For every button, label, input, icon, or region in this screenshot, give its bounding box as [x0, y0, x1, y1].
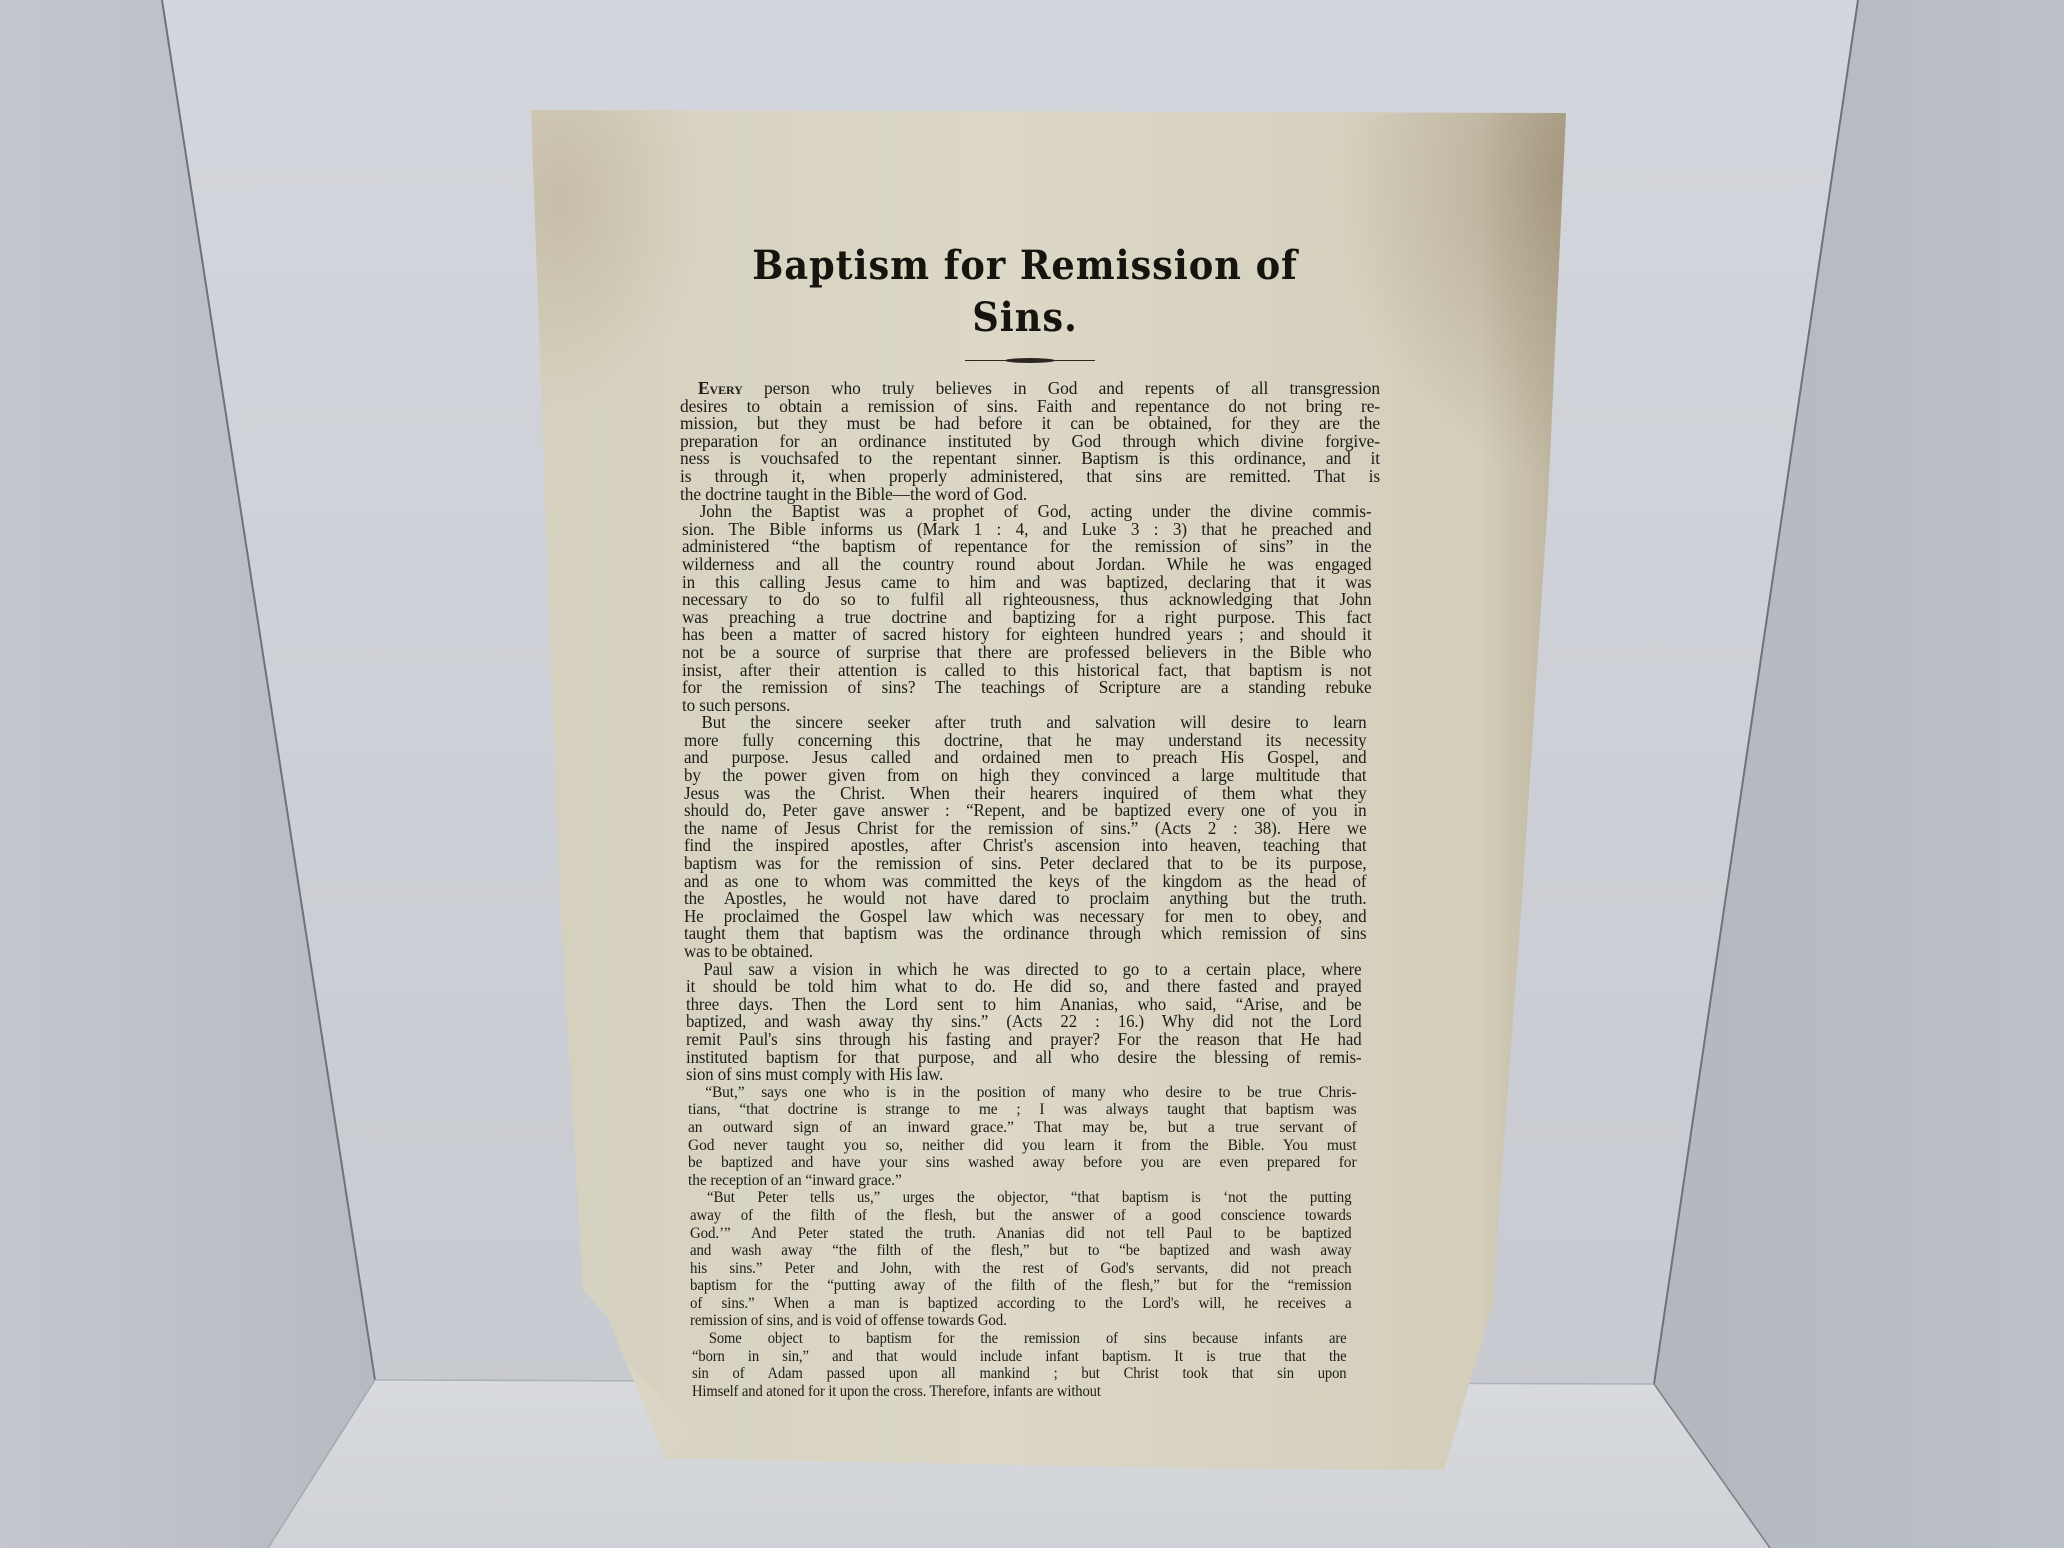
text-line: baptism for the “putting away of the fil… — [690, 1277, 1352, 1295]
paragraph: But the sincere seeker after truth and s… — [684, 714, 1367, 960]
text-line: be baptized and have your sins washed aw… — [688, 1154, 1357, 1172]
paragraph: Paul saw a vision in which he was direct… — [686, 961, 1362, 1084]
text-line: remission of sins, and is void of offens… — [690, 1312, 1352, 1330]
text-line: Some object to baptism for the remission… — [692, 1330, 1347, 1348]
paragraph: “But Peter tells us,” urges the objector… — [690, 1189, 1352, 1330]
text-line: Paul saw a vision in which he was direct… — [686, 961, 1362, 979]
text-line: away of the filth of the flesh, but the … — [690, 1207, 1352, 1225]
text-line: is through it, when properly administere… — [680, 468, 1380, 486]
paragraph: Every person who truly believes in God a… — [680, 380, 1380, 503]
document-title: Baptism for Remission of Sins. — [703, 240, 1347, 344]
text-line: God.’” And Peter stated the truth. Anani… — [690, 1225, 1352, 1243]
text-line: for the remission of sins? The teachings… — [682, 679, 1372, 697]
text-line: should do, Peter gave answer : “Repent, … — [684, 802, 1367, 820]
text-line: of sins.” When a man is baptized accordi… — [690, 1295, 1352, 1313]
text-line: the Apostles, he would not have dared to… — [684, 890, 1367, 908]
text-line: God never taught you so, neither did you… — [688, 1137, 1357, 1155]
text-line: the reception of an “inward grace.” — [688, 1172, 1357, 1190]
document-content: Baptism for Remission of Sins. Every per… — [680, 240, 1380, 1400]
text-line: necessary to do so to fulfil all righteo… — [682, 591, 1372, 609]
paragraph: Some object to baptism for the remission… — [692, 1330, 1347, 1400]
paragraph: “But,” says one who is in the position o… — [688, 1084, 1357, 1190]
text-line: Himself and atoned for it upon the cross… — [692, 1383, 1347, 1401]
lead-word: Every — [698, 378, 743, 398]
text-line: sin of Adam passed upon all mankind ; bu… — [692, 1365, 1347, 1383]
document-body: Every person who truly believes in God a… — [680, 380, 1380, 1400]
text-line: tians, “that doctrine is strange to me ;… — [688, 1101, 1357, 1119]
text-line: sion of sins must comply with His law. — [686, 1066, 1362, 1084]
ornamental-rule — [965, 358, 1095, 364]
text-line: “But Peter tells us,” urges the objector… — [690, 1189, 1352, 1207]
text-line: John the Baptist was a prophet of God, a… — [682, 503, 1372, 521]
text-line: Every person who truly believes in God a… — [680, 380, 1380, 398]
text-line: instituted baptism for that purpose, and… — [686, 1049, 1362, 1067]
text-line: and wash away “the filth of the flesh,” … — [690, 1242, 1352, 1260]
paragraph: John the Baptist was a prophet of God, a… — [682, 503, 1372, 714]
text-line: an outward sign of an inward grace.” Tha… — [688, 1119, 1357, 1137]
text-line: “But,” says one who is in the position o… — [688, 1084, 1357, 1102]
text-line: “born in sin,” and that would include in… — [692, 1348, 1347, 1366]
text-line: his sins.” Peter and John, with the rest… — [690, 1260, 1352, 1278]
text-line: But the sincere seeker after truth and s… — [684, 714, 1367, 732]
